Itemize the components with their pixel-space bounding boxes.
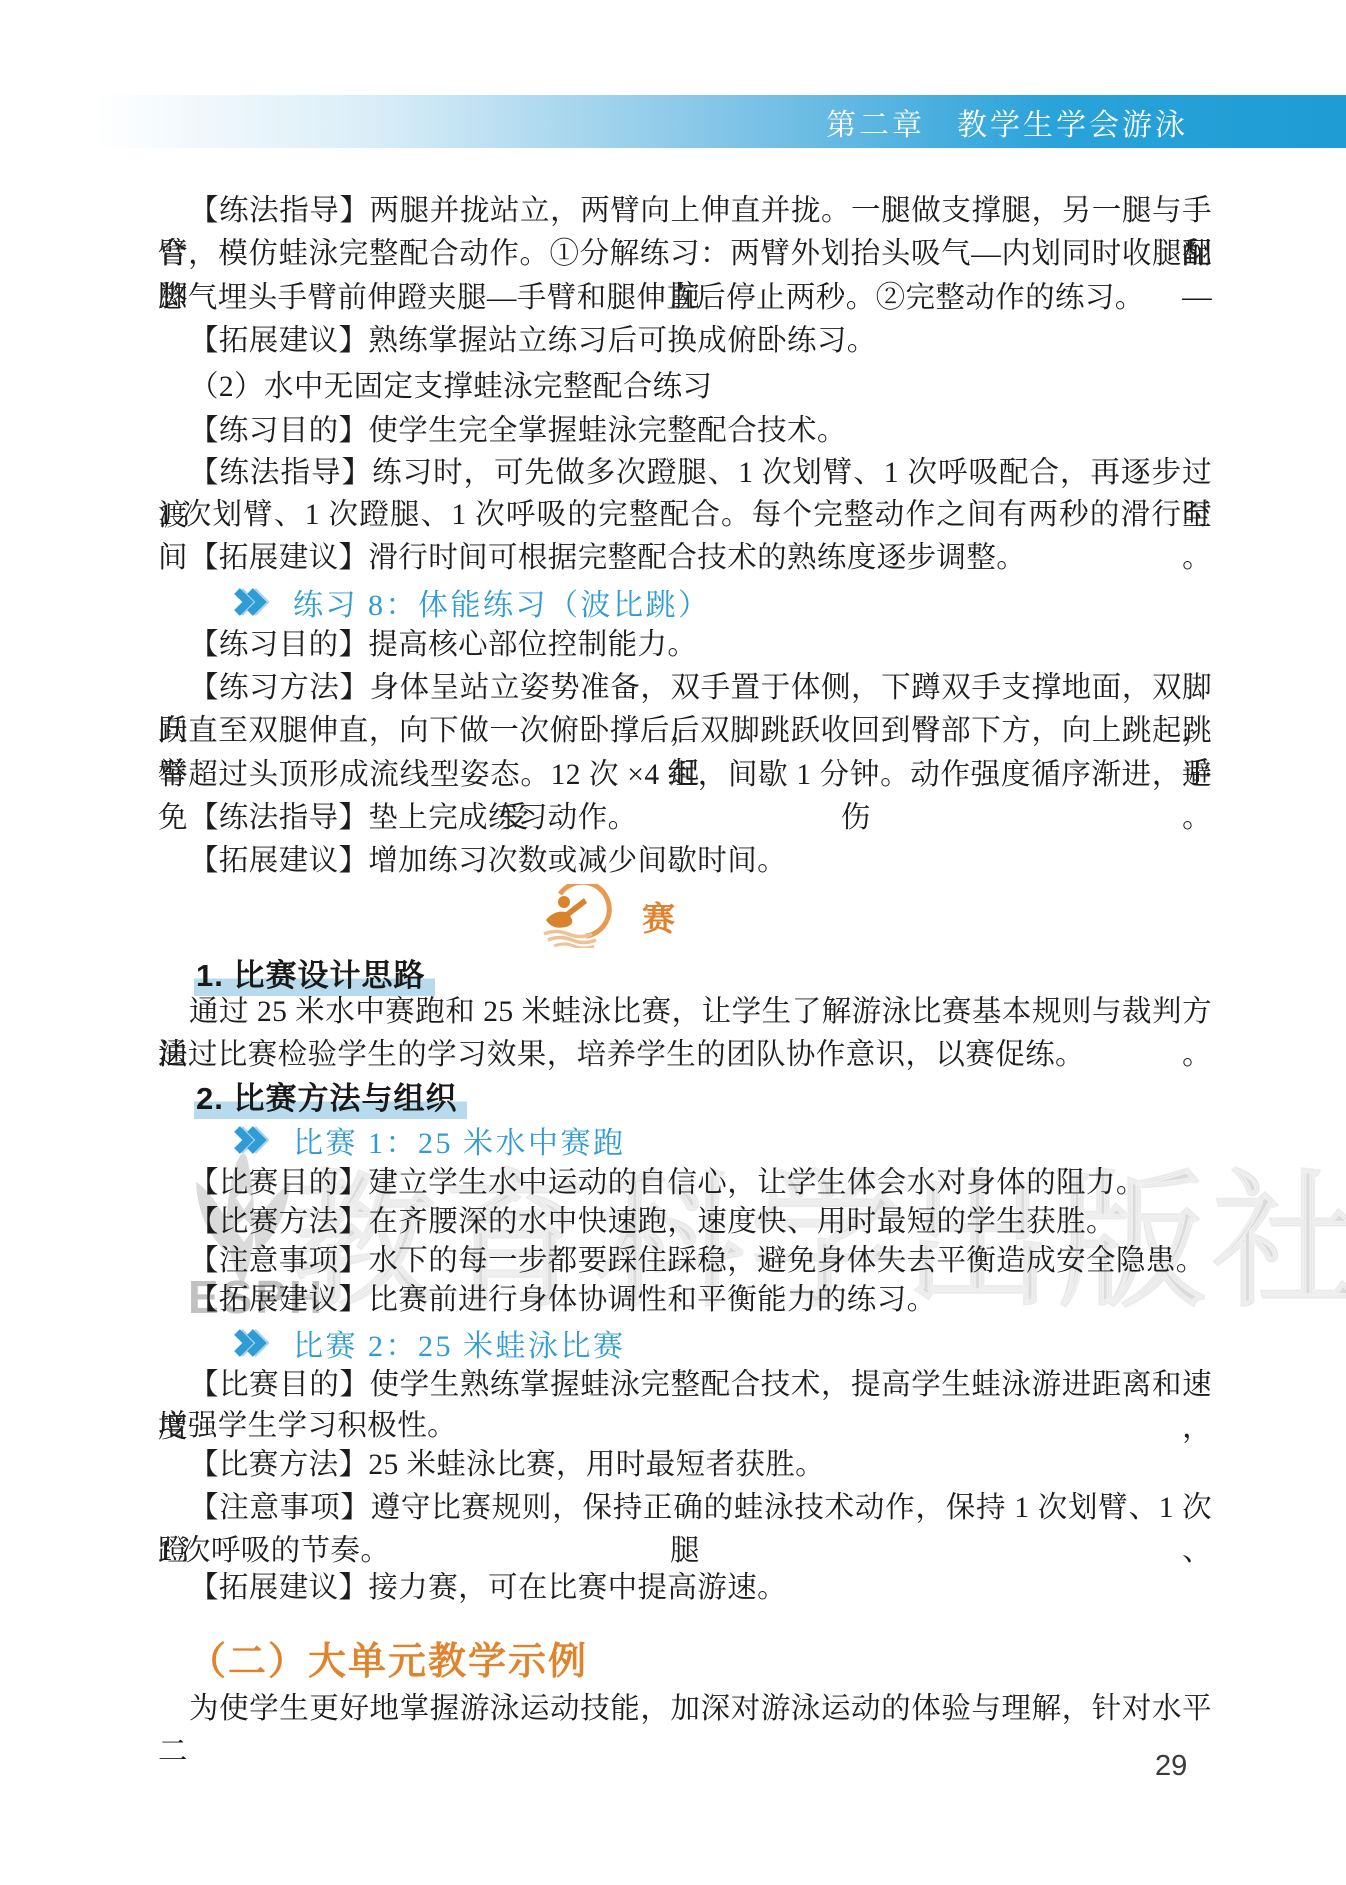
badge-label: 赛 xyxy=(642,893,677,940)
body-line: 【拓展建议】熟练掌握站立练习后可换成俯卧练习。 xyxy=(158,320,1212,363)
body-line: 憋气埋头手臂前伸蹬夹腿—手臂和腿伸直后停止两秒。②完整动作的练习。 xyxy=(158,277,1212,320)
chapter-number: 第二章 xyxy=(826,100,925,144)
exercise-8-title: 练习 8：体能练习（波比跳） xyxy=(293,580,711,624)
body-line: 【拓展建议】接力赛，可在比赛中提高游速。 xyxy=(158,1567,1212,1610)
chapter-title: 教学生学会游泳 xyxy=(957,100,1188,144)
body-line: 【比赛方法】25 米蛙泳比赛，用时最短者获胜。 xyxy=(158,1444,1212,1487)
competition-badge: 赛 xyxy=(540,884,677,948)
body-line: 【练习目的】提高核心部位控制能力。 xyxy=(158,624,1212,667)
body-line: 【拓展建议】比赛前进行身体协调性和平衡能力的练习。 xyxy=(158,1279,1212,1322)
body-line: 【比赛目的】建立学生水中运动的自信心，让学生体会水对身体的阻力。 xyxy=(158,1162,1212,1205)
competition-2-title: 比赛 2：25 米蛙泳比赛 xyxy=(293,1321,626,1365)
body-line: 【拓展建议】滑行时间可根据完整配合技术的熟练度逐步调整。 xyxy=(158,537,1212,580)
body-line: 【练法指导】垫上完成练习动作。 xyxy=(158,797,1212,840)
textbook-page: 第二章 教学生学会游泳 ESPH 教育科学出版社 【练法指导】两腿并拢站立，两臂… xyxy=(0,0,1346,1885)
swimmer-icon xyxy=(540,884,616,948)
body-line: 为使学生更好地掌握游泳运动技能，加深对游泳运动的体验与理解，针对水平二 xyxy=(158,1688,1212,1774)
body-line: （2）水中无固定支撑蛙泳完整配合练习 xyxy=(158,366,1212,409)
body-line: 增强学生学习积极性。 xyxy=(158,1405,1212,1448)
heading-competition-design: 1. 比赛设计思路 xyxy=(194,950,435,995)
body-line: 通过比赛检验学生的学习效果，培养学生的团队协作意识，以赛促练。 xyxy=(158,1034,1212,1077)
exercise-8-header: 练习 8：体能练习（波比跳） xyxy=(233,580,711,624)
double-chevron-icon xyxy=(233,1124,269,1156)
section-heading-unit-examples: （二）大单元教学示例 xyxy=(188,1630,588,1685)
body-line: 【比赛方法】在齐腰深的水中快速跑，速度快、用时最短的学生获胜。 xyxy=(158,1201,1212,1244)
body-line: 【注意事项】水下的每一步都要踩住踩稳，避免身体失去平衡造成安全隐患。 xyxy=(158,1240,1212,1283)
competition-2-header: 比赛 2：25 米蛙泳比赛 xyxy=(233,1321,626,1365)
chapter-header-bar: 第二章 教学生学会游泳 xyxy=(0,95,1346,148)
body-line: 【练习目的】使学生完全掌握蛙泳完整配合技术。 xyxy=(158,410,1212,453)
body-line: 【拓展建议】增加练习次数或减少间歇时间。 xyxy=(158,840,1212,883)
competition-1-header: 比赛 1：25 米水中赛跑 xyxy=(233,1118,626,1162)
double-chevron-icon xyxy=(233,586,269,618)
double-chevron-icon xyxy=(233,1327,269,1359)
heading-competition-method: 2. 比赛方法与组织 xyxy=(194,1073,467,1118)
competition-1-title: 比赛 1：25 米水中赛跑 xyxy=(293,1118,626,1162)
page-number: 29 xyxy=(1155,1750,1187,1783)
